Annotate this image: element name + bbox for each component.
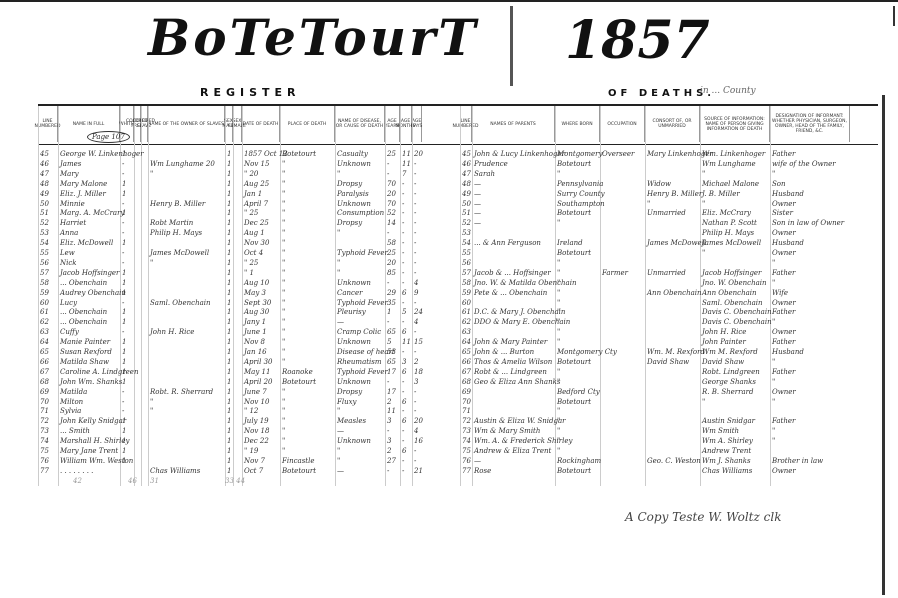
cell-informant: "	[702, 249, 705, 257]
cell-owner: "	[150, 407, 153, 415]
cell-days: -	[414, 229, 416, 237]
cell-sex: 1	[227, 368, 231, 376]
cell-date: Dec 25	[244, 219, 269, 227]
cell-relation: Husband	[772, 239, 804, 247]
cell-date: July 19	[244, 417, 269, 425]
cell-cause: Dropsy	[337, 388, 362, 396]
cell-line: 58	[462, 279, 471, 287]
cell-days: -	[414, 209, 416, 217]
cell-name: Caroline A. Lindgreen	[60, 368, 138, 376]
cell-sex: 1	[227, 200, 231, 208]
cell-days: -	[414, 269, 416, 277]
cell-place: "	[282, 170, 285, 178]
cell-born: Montgomery Cty	[557, 348, 617, 356]
cell-line: 68	[462, 378, 471, 386]
cell-informant: Davis C. Obenchain	[702, 308, 772, 316]
cell-white: -	[122, 249, 124, 257]
cell-place: "	[282, 190, 285, 198]
column-rule	[460, 106, 461, 486]
cell-informant: Andrew Trent	[702, 447, 751, 455]
cell-sex: 1	[227, 219, 231, 227]
cell-days: -	[414, 200, 416, 208]
cell-white: -	[122, 328, 124, 336]
cell-occupation: Farmer	[602, 269, 628, 277]
cell-years: -	[387, 467, 389, 475]
cell-line: 46	[462, 160, 471, 168]
cell-days: -	[414, 457, 416, 465]
cell-white: 1	[122, 358, 126, 366]
cell-days: 15	[414, 338, 423, 346]
cell-informant: James McDowell	[702, 239, 761, 247]
cell-years: 3	[387, 417, 391, 425]
cell-place: "	[282, 398, 285, 406]
cell-date: April 30	[244, 358, 273, 366]
cell-white: 1	[122, 427, 126, 435]
cell-date: Sept 30	[244, 299, 271, 307]
cell-place: "	[282, 447, 285, 455]
cell-place: "	[282, 219, 285, 227]
cell-parents: John & ... Burton	[474, 348, 534, 356]
cell-parents: Prudence	[474, 160, 508, 168]
cell-place: "	[282, 388, 285, 396]
cell-months: -	[402, 180, 404, 188]
column-rule	[38, 106, 39, 486]
cell-white: 1	[122, 378, 126, 386]
cell-date: " 25	[244, 259, 258, 267]
cell-days: 9	[414, 289, 418, 297]
cell-owner: "	[150, 259, 153, 267]
cell-name: Mary Jane Trent	[60, 447, 118, 455]
cell-days: -	[414, 407, 416, 415]
cell-date: Oct 4	[244, 249, 263, 257]
cell-months: 11	[402, 160, 411, 168]
cell-informant: Eliz. McCrary	[702, 209, 751, 217]
cell-years: 65	[387, 328, 396, 336]
column-rule	[412, 106, 413, 486]
cell-informant: Wm J. Shanks	[702, 457, 751, 465]
cell-line: 45	[40, 150, 49, 158]
column-header-cause: Name of Disease, or Cause of Death	[335, 106, 385, 142]
cell-informant: Nathan P. Scott	[702, 219, 757, 227]
cell-place: "	[282, 308, 285, 316]
cell-line: 55	[462, 249, 471, 257]
cell-white: -	[122, 229, 124, 237]
cell-years: 3	[387, 437, 391, 445]
cell-date: Aug 1	[244, 229, 265, 237]
cell-name: Audrey Obenchain	[60, 289, 126, 297]
cell-white: 1	[122, 190, 126, 198]
column-header-slave: Colored Slave	[141, 106, 148, 142]
cell-days: -	[414, 219, 416, 227]
cell-name: ... Obenchain	[60, 318, 107, 326]
cell-line: 61	[40, 308, 49, 316]
cell-born: "	[557, 378, 560, 386]
cell-line: 60	[40, 299, 49, 307]
cell-cause: "	[337, 447, 340, 455]
cell-line: 65	[40, 348, 49, 356]
cell-white: -	[122, 407, 124, 415]
cell-informant: J. B. Miller	[702, 190, 740, 198]
cell-date: " 19	[244, 447, 258, 455]
cell-parents: John & Mary Painter	[474, 338, 547, 346]
cell-line: 76	[40, 457, 49, 465]
cell-name: ... Smith	[60, 427, 90, 435]
cell-sex: 1	[227, 180, 231, 188]
cell-owner: "	[150, 398, 153, 406]
cell-months: -	[402, 388, 404, 396]
cell-place: Botetourt	[282, 150, 316, 158]
cell-born: Rockingham	[557, 457, 601, 465]
cell-consort: Geo. C. Weston	[647, 457, 701, 465]
cell-line: 77	[462, 467, 471, 475]
cell-years: 1	[387, 308, 391, 316]
cell-days: 2	[414, 358, 418, 366]
cell-place: Fincastle	[282, 457, 314, 465]
column-header-born: Where Born	[555, 106, 600, 142]
cell-white: 1	[122, 417, 126, 425]
cell-name: Lucy	[60, 299, 77, 307]
cell-relation: Son in law of Owner	[772, 219, 844, 227]
cell-name: Nick	[60, 259, 77, 267]
cell-sex: 1	[227, 417, 231, 425]
cell-relation: "	[772, 437, 775, 445]
cell-born: "	[557, 259, 560, 267]
cell-cause: "	[337, 407, 340, 415]
cell-cause: —	[337, 467, 344, 475]
cell-place: "	[282, 289, 285, 297]
cell-years: 2	[387, 447, 391, 455]
cell-place: "	[282, 180, 285, 188]
cell-born: Montgomery	[557, 150, 602, 158]
cell-name: Matilda	[60, 388, 87, 396]
cell-date: April 7	[244, 200, 268, 208]
cell-cause: Fluxy	[337, 398, 357, 406]
cell-place: "	[282, 209, 285, 217]
cell-line: 45	[462, 150, 471, 158]
cell-years: 20	[387, 259, 396, 267]
cell-place: "	[282, 417, 285, 425]
cell-relation: Father	[772, 269, 795, 277]
cell-line: 48	[462, 180, 471, 188]
cell-relation: Father	[772, 150, 795, 158]
tally-sex: 33 44	[225, 477, 245, 485]
cell-occupation: Overseer	[602, 150, 634, 158]
column-header-informant: Source of Information: Name of Person gi…	[700, 106, 770, 142]
cell-months: -	[402, 229, 404, 237]
cell-name: Susan Rexford	[60, 348, 112, 356]
column-header-owner: Name of the Owner of Slaves	[148, 106, 225, 142]
cell-line: 77	[40, 467, 49, 475]
cell-date: May 3	[244, 289, 266, 297]
cell-born: "	[557, 407, 560, 415]
cell-months: -	[402, 279, 404, 287]
cell-cause: Typhoid Fever	[337, 299, 388, 307]
cell-months: 7	[402, 170, 406, 178]
cell-date: Nov 18	[244, 427, 269, 435]
cell-name: Anna	[60, 229, 78, 237]
cell-informant: Wm Lunghame	[702, 160, 756, 168]
column-rule	[400, 106, 401, 486]
cell-white: 1	[122, 279, 126, 287]
cell-name: Eliz. McDowell	[60, 239, 113, 247]
cell-white: 1	[122, 150, 126, 158]
cell-white: 1	[122, 318, 126, 326]
year-label: 1857	[565, 10, 710, 71]
cell-months: -	[402, 239, 404, 247]
cell-sex: 1	[227, 308, 231, 316]
column-header-line: Line Numbered	[460, 106, 472, 142]
cell-consort: Ann Obenchain	[647, 289, 702, 297]
column-rule	[600, 106, 601, 486]
cell-line: 63	[462, 328, 471, 336]
cell-informant: Ann Obenchain	[702, 289, 757, 297]
cell-place: "	[282, 259, 285, 267]
column-rule	[225, 106, 226, 486]
cell-place: "	[282, 437, 285, 445]
cell-line: 75	[40, 447, 49, 455]
cell-born: "	[557, 447, 560, 455]
cell-relation: "	[772, 427, 775, 435]
column-header-place: Place of Death	[280, 106, 335, 142]
cell-informant: Michael Malone	[702, 180, 759, 188]
cell-parents: Geo & Eliza Ann Shanks	[474, 378, 560, 386]
cell-date: May 11	[244, 368, 270, 376]
cell-born: "	[557, 338, 560, 346]
cell-white: 1	[122, 308, 126, 316]
cell-days: 20	[414, 150, 423, 158]
cell-owner: James McDowell	[150, 249, 209, 257]
cell-name: Harriet	[60, 219, 86, 227]
cell-informant: Chas Williams	[702, 467, 752, 475]
cell-cause: Typhoid Fever	[337, 368, 388, 376]
cell-date: " 20	[244, 170, 258, 178]
divider-bar	[510, 6, 513, 86]
cell-sex: 1	[227, 249, 231, 257]
cell-parents: —	[474, 180, 481, 188]
cell-relation: Owner	[772, 467, 796, 475]
column-header-occupation: Occupation	[600, 106, 645, 142]
column-rule	[280, 106, 281, 486]
cell-place: Roanoke	[282, 368, 313, 376]
cell-parents: —	[474, 209, 481, 217]
cell-line: 71	[40, 407, 49, 415]
cell-days: -	[414, 388, 416, 396]
cell-consort: Widow	[647, 180, 671, 188]
cell-parents: —	[474, 200, 481, 208]
tally-free: 31	[150, 477, 159, 485]
cell-line: 59	[462, 289, 471, 297]
cell-relation: Father	[772, 338, 795, 346]
column-rule	[555, 106, 556, 486]
cell-place: "	[282, 239, 285, 247]
cell-sex: 1	[227, 467, 231, 475]
cell-months: -	[402, 348, 404, 356]
cell-date: Jan 1	[244, 190, 262, 198]
cell-informant: Davis C. Obenchain	[702, 318, 772, 326]
cell-line: 64	[462, 338, 471, 346]
cell-days: 4	[414, 279, 418, 287]
cell-parents: Pete & ... Obenchain	[474, 289, 547, 297]
cell-days: 4	[414, 318, 418, 326]
cell-days: -	[414, 299, 416, 307]
cell-line: 70	[40, 398, 49, 406]
column-rule	[242, 106, 243, 486]
cell-name: Cuffy	[60, 328, 79, 336]
cell-born: "	[557, 219, 560, 227]
cell-informant: "	[702, 200, 705, 208]
cell-days: -	[414, 348, 416, 356]
cell-name: Mary Malone	[60, 180, 107, 188]
cell-months: -	[402, 219, 404, 227]
cell-sex: 1	[227, 388, 231, 396]
cell-place: "	[282, 229, 285, 237]
cell-date: Jany 1	[244, 318, 266, 326]
cell-name: Lew	[60, 249, 75, 257]
cell-days: -	[414, 170, 416, 178]
cell-white: -	[122, 398, 124, 406]
cell-relation: Father	[772, 417, 795, 425]
cell-consort: Unmarried	[647, 269, 686, 277]
cell-cause: Rheumatism	[337, 358, 382, 366]
cell-months: 3	[402, 358, 406, 366]
cell-informant: Philip H. Mays	[702, 229, 754, 237]
cell-born: Botetourt	[557, 209, 591, 217]
cell-born: Botetourt	[557, 467, 591, 475]
cell-place: "	[282, 269, 285, 277]
cell-line: 71	[462, 407, 471, 415]
cell-cause: "	[337, 269, 340, 277]
cell-name: John Kelly Snidgar	[60, 417, 126, 425]
cell-relation: Husband	[772, 190, 804, 198]
column-rule	[645, 106, 646, 486]
column-rule	[134, 106, 135, 486]
cell-informant: Jacob Hoffsinger	[702, 269, 761, 277]
column-rule	[233, 106, 234, 486]
cell-date: " 1	[244, 269, 254, 277]
page-edge	[882, 95, 885, 595]
cell-cause: Consumption	[337, 209, 384, 217]
cell-white: -	[122, 219, 124, 227]
cell-line: 61	[462, 308, 471, 316]
cell-name: Matilda Shaw	[60, 358, 109, 366]
cell-white: -	[122, 170, 124, 178]
cell-date: April 20	[244, 378, 273, 386]
cell-name: Eliz. J. Miller	[60, 190, 106, 198]
cell-parents: ... & Ann Ferguson	[474, 239, 541, 247]
cell-parents: Austin & Eliza W. Snidgar	[474, 417, 566, 425]
cell-parents: —	[474, 190, 481, 198]
cell-relation: Brother in law	[772, 457, 823, 465]
cell-relation: Husband	[772, 348, 804, 356]
cell-line: 68	[40, 378, 49, 386]
cell-parents: Sarah	[474, 170, 495, 178]
cell-months: -	[402, 200, 404, 208]
cell-sex: 1	[227, 338, 231, 346]
cell-months: -	[402, 407, 404, 415]
cell-days: -	[414, 249, 416, 257]
cell-parents: Andrew & Eliza Trent	[474, 447, 551, 455]
cell-relation: "	[772, 279, 775, 287]
cell-born: Botetourt	[557, 398, 591, 406]
column-rule	[472, 106, 473, 486]
cell-white: 1	[122, 209, 126, 217]
cell-date: " 12	[244, 407, 258, 415]
cell-sex: 1	[227, 407, 231, 415]
cell-sex: 1	[227, 348, 231, 356]
cell-name: Sylvia	[60, 407, 81, 415]
column-header-days: Age Days	[412, 106, 422, 142]
cell-place: "	[282, 358, 285, 366]
cell-months: -	[402, 209, 404, 217]
cell-sex: 1	[227, 229, 231, 237]
cell-months: 6	[402, 447, 406, 455]
cell-cause: Unknown	[337, 437, 371, 445]
cell-informant: Jno. W. Obenchain	[702, 279, 767, 287]
cell-relation: "	[772, 358, 775, 366]
cell-cause: Casualty	[337, 150, 368, 158]
cell-consort: David Shaw	[647, 358, 689, 366]
cell-line: 50	[462, 200, 471, 208]
cell-line: 76	[462, 457, 471, 465]
cell-born: "	[557, 437, 560, 445]
cell-cause: "	[337, 170, 340, 178]
cell-consort: Wm. M. Rexford	[647, 348, 705, 356]
cell-years: 27	[387, 457, 396, 465]
column-header-female: Sex Female	[233, 106, 242, 142]
cell-relation: Owner	[772, 229, 796, 237]
cell-born: "	[557, 318, 560, 326]
cell-sex: 1	[227, 150, 231, 158]
cell-informant: "	[702, 398, 705, 406]
cell-informant: George Shanks	[702, 378, 756, 386]
cell-years: 35	[387, 299, 396, 307]
cell-sex: 1	[227, 427, 231, 435]
cell-cause: Unknown	[337, 378, 371, 386]
cell-relation: "	[772, 170, 775, 178]
cell-place: "	[282, 318, 285, 326]
cell-relation: "	[772, 398, 775, 406]
cell-line: 75	[462, 447, 471, 455]
cell-line: 74	[462, 437, 471, 445]
cell-name: George W. Linkenhoger	[60, 150, 144, 158]
cell-owner: Robt Martin	[150, 219, 193, 227]
clerk-signature: A Copy Teste W. Woltz clk	[625, 510, 781, 524]
cell-relation: Owner	[772, 299, 796, 307]
cell-months: 11	[402, 150, 411, 158]
cell-white: 1	[122, 180, 126, 188]
cell-date: Nov 7	[244, 457, 265, 465]
cell-cause: —	[337, 427, 344, 435]
cell-line: 62	[40, 318, 49, 326]
cell-name: Manie Painter	[60, 338, 110, 346]
cell-informant: John H. Rice	[702, 328, 746, 336]
cell-name: Mary	[60, 170, 79, 178]
cell-sex: 1	[227, 447, 231, 455]
cell-line: 54	[462, 239, 471, 247]
cell-line: 51	[462, 209, 471, 217]
cell-parents: —	[474, 457, 481, 465]
cell-born: Southampton	[557, 200, 605, 208]
cell-place: "	[282, 299, 285, 307]
cell-sex: 1	[227, 259, 231, 267]
cell-line: 64	[40, 338, 49, 346]
cell-sex: 1	[227, 209, 231, 217]
cell-cause: Dropsy	[337, 219, 362, 227]
register-title: REGISTER	[200, 86, 301, 99]
cell-name: Milton	[60, 398, 83, 406]
cell-name: Jacob Hoffsinger	[60, 269, 119, 277]
cell-months: 6	[402, 289, 406, 297]
